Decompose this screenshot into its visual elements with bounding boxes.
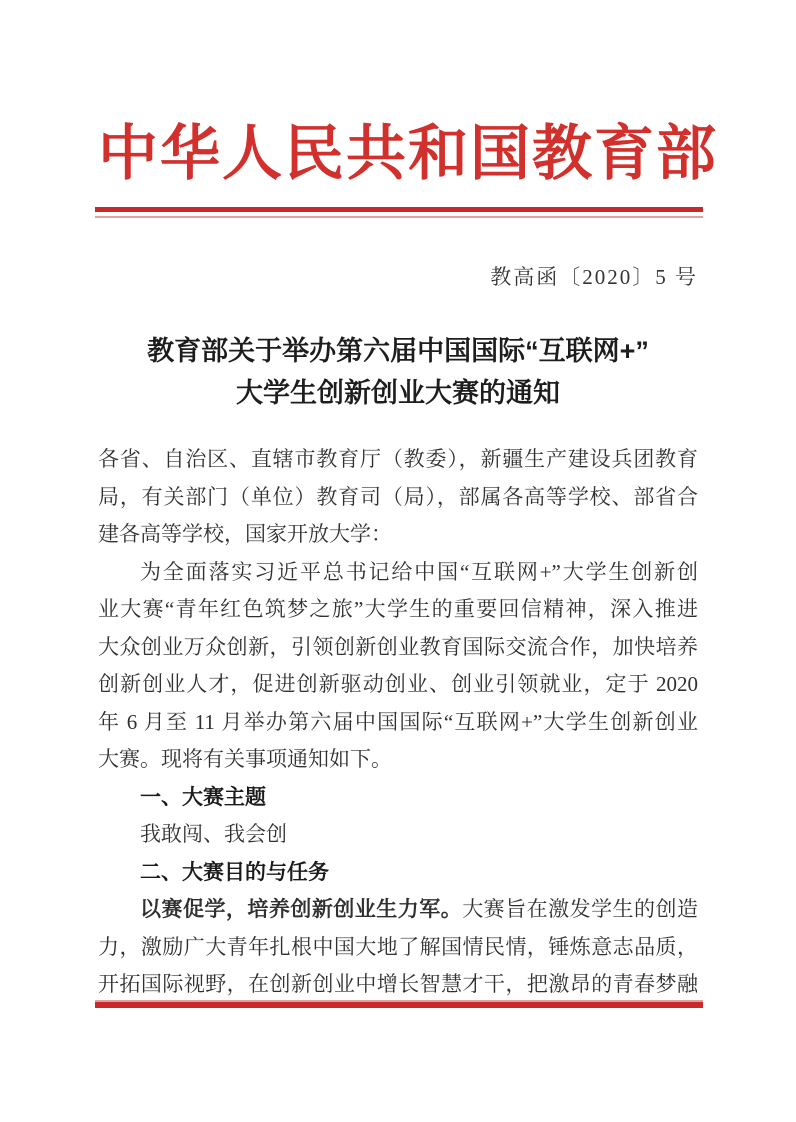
line-text: 创新创业人才，促进创新驱动创业、创业引领就业，定于 2020: [98, 672, 698, 696]
document-title: 教育部关于举办第六届中国国际“互联网+” 大学生创新创业大赛的通知: [98, 330, 698, 414]
line-text: 业大赛“青年红色筑梦之旅”大学生的重要回信精神，深入推进: [98, 597, 698, 621]
document-title-line2: 大学生创新创业大赛的通知: [98, 372, 698, 414]
line-text: 局，有关部门（单位）教育司（局），部属各高等学校、部省合: [98, 485, 698, 509]
body-line: 我敢闯、我会创: [98, 816, 698, 854]
body-line: 大众创业万众创新，引领创新创业教育国际交流合作，加快培养: [98, 629, 698, 667]
line-text: 开拓国际视野，在创新创业中增长智慧才干，把激昂的青春梦融: [98, 972, 698, 996]
line-text: 大赛旨在激发学生的创造: [462, 897, 698, 921]
body-line: 力，激励广大青年扎根中国大地了解国情民情，锤炼意志品质，: [98, 929, 698, 967]
body-line: 各省、自治区、直辖市教育厅（教委），新疆生产建设兵团教育: [98, 441, 698, 479]
body-line: 年 6 月至 11 月举办第六届中国国际“互联网+”大学生创新创业: [98, 704, 698, 742]
line-text: 一、大赛主题: [140, 786, 266, 809]
document-title-line1: 教育部关于举办第六届中国国际“互联网+”: [98, 330, 698, 372]
line-text: 我敢闯、我会创: [140, 822, 287, 846]
body-line: 业大赛“青年红色筑梦之旅”大学生的重要回信精神，深入推进: [98, 591, 698, 629]
line-text: 年 6 月至 11 月举办第六届中国国际“互联网+”大学生创新创业: [98, 710, 698, 734]
section-heading: 一、大赛主题: [98, 779, 698, 817]
body-line: 局，有关部门（单位）教育司（局），部属各高等学校、部省合: [98, 479, 698, 517]
section-heading: 二、大赛目的与任务: [98, 854, 698, 892]
line-text: 二、大赛目的与任务: [140, 861, 329, 884]
line-text: 大众创业万众创新，引领创新创业教育国际交流合作，加快培养: [98, 635, 698, 659]
agency-name: 中华人民共和国教育部: [98, 118, 698, 190]
line-text: 各省、自治区、直辖市教育厅（教委），新疆生产建设兵团教育: [98, 447, 698, 471]
document-page: 中华人民共和国教育部 教高函〔2020〕5 号 教育部关于举办第六届中国国际“互…: [0, 0, 796, 1122]
footer-rule: [95, 1000, 703, 1008]
line-text: 为全面落实习近平总书记给中国“互联网+”大学生创新创: [140, 560, 698, 584]
body-line: 开拓国际视野，在创新创业中增长智慧才干，把激昂的青春梦融: [98, 966, 698, 1004]
line-text: 建各高等学校，国家开放大学：: [98, 522, 392, 546]
document-number: 教高函〔2020〕5 号: [98, 262, 698, 292]
header-rule-thick: [95, 207, 703, 212]
body-line: 创新创业人才，促进创新驱动创业、创业引领就业，定于 2020: [98, 666, 698, 704]
body-line: 以赛促学，培养创新创业生力军。大赛旨在激发学生的创造: [98, 891, 698, 929]
body-line: 大赛。现将有关事项通知如下。: [98, 741, 698, 779]
body: 各省、自治区、直辖市教育厅（教委），新疆生产建设兵团教育局，有关部门（单位）教育…: [98, 441, 698, 1004]
line-text: 力，激励广大青年扎根中国大地了解国情民情，锤炼意志品质，: [98, 935, 698, 959]
body-line: 建各高等学校，国家开放大学：: [98, 516, 698, 554]
bold-lead-text: 以赛促学，培养创新创业生力军。: [140, 897, 462, 921]
body-line: 为全面落实习近平总书记给中国“互联网+”大学生创新创: [98, 554, 698, 592]
header-rule-thin: [95, 216, 703, 218]
line-text: 大赛。现将有关事项通知如下。: [98, 747, 392, 771]
